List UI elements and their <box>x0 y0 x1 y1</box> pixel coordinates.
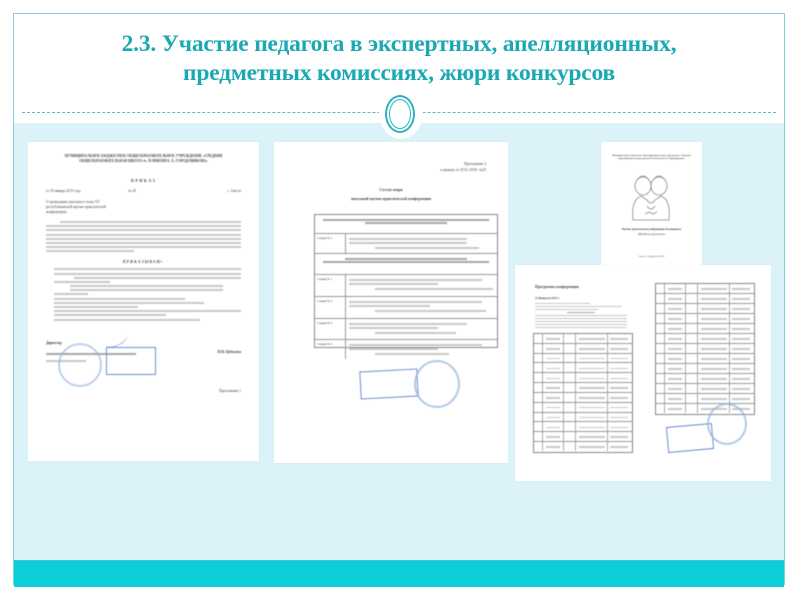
rect-stamp-icon <box>359 369 418 400</box>
table-row <box>656 294 754 304</box>
order-date: от 29 января 2019 года <box>46 189 80 193</box>
table-row <box>656 324 754 334</box>
table-row <box>656 334 754 344</box>
table-row <box>534 363 632 373</box>
order-command-word: ПРИКАЗЫВАЮ: <box>46 260 241 264</box>
round-stamp-icon <box>707 403 747 445</box>
cover-header: Муниципальное бюджетное общеобразователь… <box>609 154 694 160</box>
document-program: Программа конференции 19 февраля 2019 г. <box>515 265 771 481</box>
table-row <box>534 354 632 364</box>
table-row <box>534 442 632 451</box>
round-stamp-icon <box>414 360 460 408</box>
slide-title-line-1: 2.3. Участие педагога в экспертных, апел… <box>14 30 784 59</box>
cover-title: Научно-практическая конференция обучающи… <box>607 228 696 231</box>
table-row <box>656 314 754 324</box>
table-row <box>656 304 754 314</box>
table-row <box>534 432 632 442</box>
cover-footer: Элиста, 19 февраля 2019г. <box>607 255 696 258</box>
jury-title: Состав жюри <box>274 188 508 192</box>
appendix-ref: к приказу от 29.01.2019г. №26 <box>440 168 486 172</box>
order-doc-type: ПРИКАЗ <box>46 178 241 183</box>
table-row <box>656 394 754 404</box>
document-cover: Муниципальное бюджетное общеобразователь… <box>601 142 702 268</box>
table-row <box>656 384 754 394</box>
bottom-strip <box>14 560 784 587</box>
ring-ornament-icon <box>385 95 415 133</box>
document-order: МУНИЦИПАЛЬНОЕ БЮДЖЕТНОЕ ОБЩЕОБРАЗОВАТЕЛЬ… <box>28 142 259 461</box>
table-row <box>534 373 632 383</box>
order-header: МУНИЦИПАЛЬНОЕ БЮДЖЕТНОЕ ОБЩЕОБРАЗОВАТЕЛЬ… <box>46 154 241 164</box>
order-subject: О проведении школьного этапа XV республи… <box>46 200 126 215</box>
table-row <box>656 284 754 294</box>
order-city: г. Элиста <box>227 189 241 193</box>
table-row <box>534 344 632 354</box>
table-row <box>534 403 632 413</box>
program-table-left <box>533 333 633 453</box>
table-row <box>534 422 632 432</box>
order-signer-name: Н.Н. Цебекова <box>218 350 242 354</box>
program-title: Программа конференции <box>535 285 579 289</box>
document-jury-composition: Приложение 3 к приказу от 29.01.2019г. №… <box>274 142 508 463</box>
program-date: 19 февраля 2019 г. <box>535 296 560 300</box>
order-signer-title: Директор <box>46 341 62 345</box>
children-illustration-icon <box>627 172 675 224</box>
rect-stamp-icon <box>106 347 156 375</box>
jury-table: Секция № 1 Секция № 1 Секция № 2 Секция … <box>314 214 498 348</box>
slide-title-line-2: предметных комиссиях, жюри конкурсов <box>14 59 784 88</box>
appendix-label: Приложение 3 <box>464 162 486 166</box>
table-row <box>534 393 632 403</box>
cover-subtitle: «Юный исследователь» <box>607 233 696 236</box>
table-row <box>534 413 632 423</box>
jury-subtitle: школьной научно-практической конференции <box>274 197 508 201</box>
program-table-right <box>655 283 755 415</box>
slide-title: 2.3. Участие педагога в экспертных, апел… <box>14 30 784 88</box>
table-row <box>656 354 754 364</box>
table-row <box>656 344 754 354</box>
table-row <box>534 334 632 344</box>
order-number: № 26 <box>128 189 136 193</box>
table-row <box>656 364 754 374</box>
round-stamp-icon <box>58 343 102 387</box>
table-row <box>534 383 632 393</box>
table-row <box>656 374 754 384</box>
